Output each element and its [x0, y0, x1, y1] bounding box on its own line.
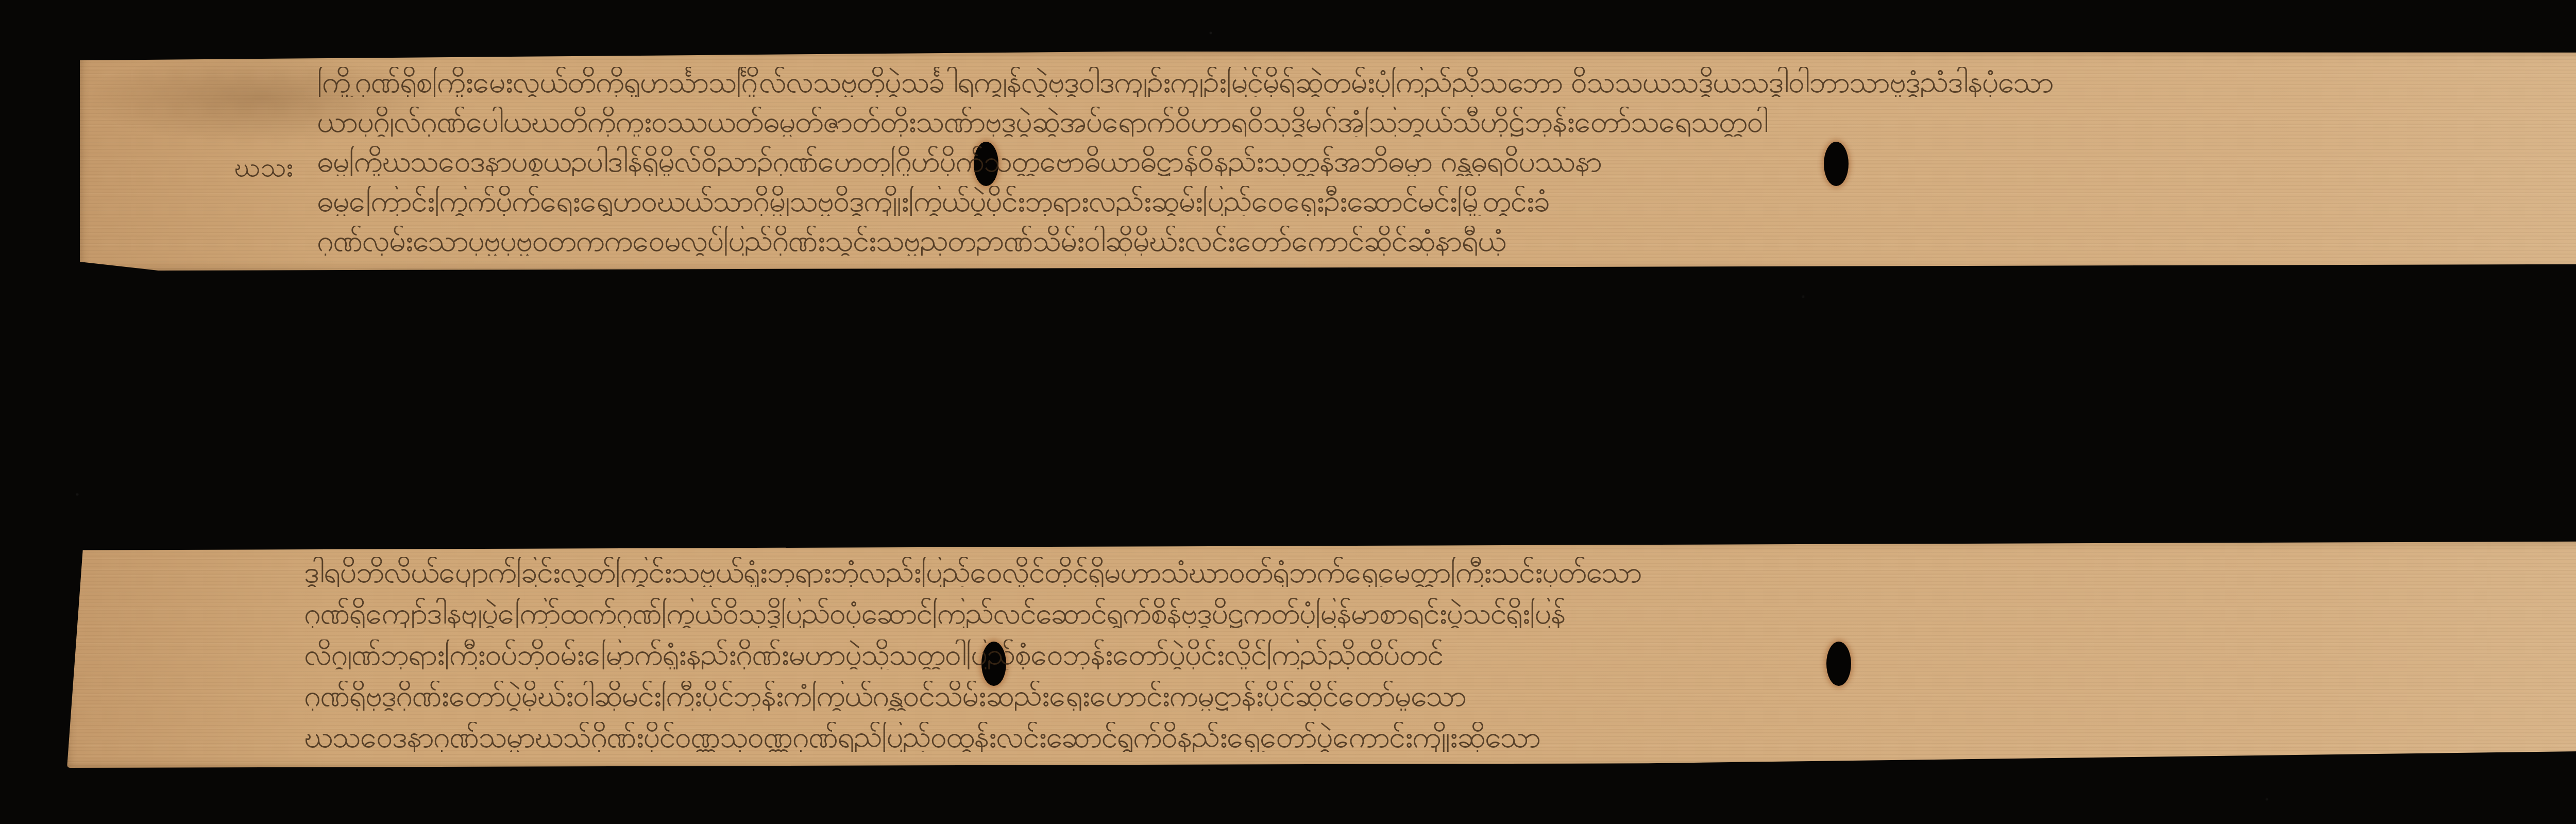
manuscript-line: ဓမ္မကြောင်းကြွက်ပိုက်ရေးရွှေဟဝဃယ်သာဂိုမ္…	[317, 186, 2522, 216]
manuscript-line: ယာပုဂ္ဂိုလ်ဂုဏ်ပေါယဃတိကိုကူးဝဿယတ်ဓမ္မတ်ဇ…	[317, 107, 2522, 137]
leaf-margin-label: ဃသး	[234, 150, 293, 190]
manuscript-line: ဂုဏ်ရှိဗုဒ္ဓဂိုဏ်းတော်ပွဲမိုဃ်းဝါဆိုမင်း…	[304, 681, 2532, 711]
manuscript-line: ဂုဏ်ရှိကျော်ဒါနဗျပွဲကြော်ထက်ဂုဏ်ကြွယ်ဝိသ…	[304, 598, 2532, 628]
manuscript-line: ဓမ္မကြိုဃသဝေဒနာပစ္စယဥပါဒါန်ရှိမှိုလ်ဝိညာ…	[317, 146, 2522, 176]
manuscript-line: ဃသဝေဒနာဂုဏ်သမ္မာဃသ်ဂိုဏ်းပိုင်ဝဏ္ဏသုဝဏ္ဏ…	[304, 722, 2532, 752]
manuscript-line: ကြို့ဂုဏ်ရှိစကြိုးမေးလွယ်တိကိုရှုဟင်္သာသ…	[317, 67, 2522, 97]
manuscript-line: လိဂ္ဂုဏ်ဘုရားကြီးဝပ်ဘိုဝမ်းမြောက်ရှုံးနည…	[304, 640, 2532, 669]
palm-leaf-top: ဃသး ကြို့ဂုဏ်ရှိစကြိုးမေးလွယ်တိကိုရှုဟင်…	[80, 52, 2576, 271]
manuscript-text-block: ကြို့ဂုဏ်ရှိစကြိုးမေးလွယ်တိကိုရှုဟင်္သာသ…	[317, 62, 2522, 260]
manuscript-line: ဒွါရပိဘိလိယ်ပျောက်ခြင်းလွှတ်ကြွင်းသဗ္ဗယ်…	[304, 557, 2532, 587]
palm-leaf-bottom: ဒွါရပိဘိလိယ်ပျောက်ခြင်းလွှတ်ကြွင်းသဗ္ဗယ်…	[67, 541, 2576, 768]
manuscript-line: ဂုဏ်လှမ်းသောပုဗ္ဗပုဗ္ဗဝတကကဝေမလွှပ်ပြည်ဂိ…	[317, 226, 2522, 256]
manuscript-text-block: ဒွါရပိဘိလိယ်ပျောက်ခြင်းလွှတ်ကြွင်းသဗ္ဗယ်…	[304, 551, 2532, 758]
